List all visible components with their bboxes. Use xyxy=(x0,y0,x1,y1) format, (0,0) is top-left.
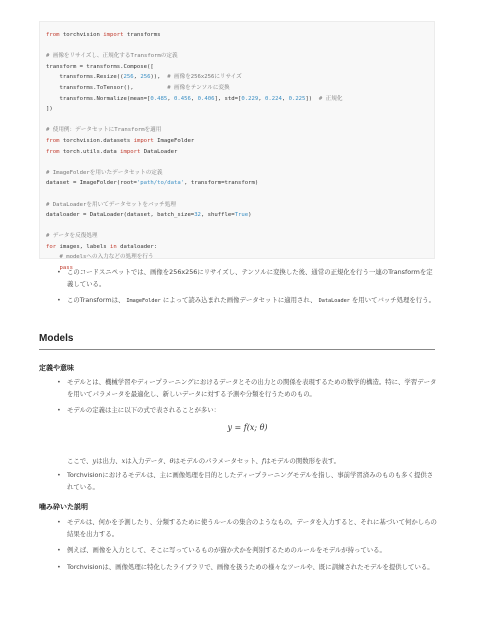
code-block: from torchvision import transforms# 画像をリ… xyxy=(39,21,435,259)
text: はモデルのパラメータセット、 xyxy=(173,457,261,465)
code-line: transform = transforms.Compose([ xyxy=(46,62,434,73)
section-heading-models: Models xyxy=(39,333,73,344)
list-item: このコードスニペットでは、画像を256x256にリサイズし、テンソルに変換した後… xyxy=(57,267,437,290)
text: ここで、 xyxy=(67,457,92,465)
document-page: from torchvision import transforms# 画像をリ… xyxy=(0,0,495,640)
simple-bullet-list: モデルは、何かを予測したり、分類するために使うルールの集合のようなもの。データを… xyxy=(57,517,437,573)
code-line xyxy=(46,115,434,126)
code-line xyxy=(46,41,434,52)
inline-code: ImageFolder xyxy=(126,298,160,304)
list-item: モデルは、何かを予測したり、分類するために使うルールの集合のようなもの。データを… xyxy=(57,517,437,540)
intro-bullet-list: このコードスニペットでは、画像を256x256にリサイズし、テンソルに変換した後… xyxy=(57,267,437,308)
list-item: このTransformは、 ImageFolder によって読み込まれた画像デー… xyxy=(57,295,437,308)
code-line: from torchvision.datasets import ImageFo… xyxy=(46,136,434,147)
list-item: 例えば、画像を入力として、そこに写っているものが猫か犬かを判別するためのルールを… xyxy=(57,545,437,557)
code-line xyxy=(46,157,434,168)
code-line: # modelsへの入力などの処理を行う xyxy=(46,252,434,263)
heading-divider xyxy=(39,349,435,350)
code-line: for images, labels in dataloader: xyxy=(46,242,434,253)
definition-bullet-list-2: Torchvisionにおけるモデルは、主に画像処理を目的としたディープラーニン… xyxy=(57,470,437,493)
bullet-text: を用いてバッチ処理を行う。 xyxy=(352,296,435,304)
code-line: transforms.Normalize(mean=[0.485, 0.456,… xyxy=(46,94,434,105)
code-line: transforms.ToTensor(), # 画像をテンソルに変換 xyxy=(46,83,434,94)
code-line: ]) xyxy=(46,104,434,115)
subheading-simple-explanation: 噛み砕いた説明 xyxy=(39,502,88,512)
code-line xyxy=(46,221,434,232)
code-line: # 使用例：データセットにTransformを適用 xyxy=(46,125,434,136)
bullet-text: モデルとは、機械学習やディープラーニングにおけるデータとその出力との関係を表現す… xyxy=(67,378,436,398)
code-line: from torchvision import transforms xyxy=(46,30,434,41)
code-line: # ImageFolderを用いたデータセットの定義 xyxy=(46,168,434,179)
text: は入力データ、 xyxy=(125,457,169,465)
code-line xyxy=(46,189,434,200)
inline-code: DataLoader xyxy=(319,298,350,304)
formula-explanation: ここで、yは出力、xは入力データ、θはモデルのパラメータセット、fはモデルの関数… xyxy=(67,456,340,465)
bullet-text: によって読み込まれた画像データセットに適用され、 xyxy=(163,296,317,304)
definition-bullet-list: モデルとは、機械学習やディープラーニングにおけるデータとその出力との関係を表現す… xyxy=(57,377,437,417)
bullet-text: Torchvisionは、画像処理に特化したライブラリで、画像を扱うための様々な… xyxy=(67,563,434,571)
code-line: # DataLoaderを用いてデータセットをバッチ処理 xyxy=(46,200,434,211)
list-item: モデルの定義は主に以下の式で表されることが多い： xyxy=(57,405,437,417)
bullet-text: モデルは、何かを予測したり、分類するために使うルールの集合のようなもの。データを… xyxy=(67,518,437,538)
bullet-text: モデルの定義は主に以下の式で表されることが多い： xyxy=(67,406,220,414)
bullet-text: Torchvisionにおけるモデルは、主に画像処理を目的としたディープラーニン… xyxy=(67,471,433,491)
code-line: dataset = ImageFolder(root='path/to/data… xyxy=(46,178,434,189)
code-line: from torch.utils.data import DataLoader xyxy=(46,147,434,158)
list-item: モデルとは、機械学習やディープラーニングにおけるデータとその出力との関係を表現す… xyxy=(57,377,437,400)
code-line: transforms.Resize((256, 256)), # 画像を256x… xyxy=(46,72,434,83)
model-formula: y = f(x; θ) xyxy=(0,423,495,432)
code-line: # データを反復処理 xyxy=(46,231,434,242)
code-line: # 画像をリサイズし、正規化するTransformの定義 xyxy=(46,51,434,62)
list-item: Torchvisionにおけるモデルは、主に画像処理を目的としたディープラーニン… xyxy=(57,470,437,493)
bullet-text: このコードスニペットでは、画像を256x256にリサイズし、テンソルに変換した後… xyxy=(67,268,433,288)
bullet-text: 例えば、画像を入力として、そこに写っているものが猫か犬かを判別するためのルールを… xyxy=(67,546,386,554)
code-line: dataloader = DataLoader(dataset, batch_s… xyxy=(46,210,434,221)
bullet-text: このTransformは、 xyxy=(67,296,124,304)
subheading-definition: 定義や意味 xyxy=(39,363,74,373)
text: は出力、 xyxy=(96,457,122,465)
list-item: Torchvisionは、画像処理に特化したライブラリで、画像を扱うための様々な… xyxy=(57,562,437,574)
text: はモデルの関数形を表す。 xyxy=(264,457,340,465)
